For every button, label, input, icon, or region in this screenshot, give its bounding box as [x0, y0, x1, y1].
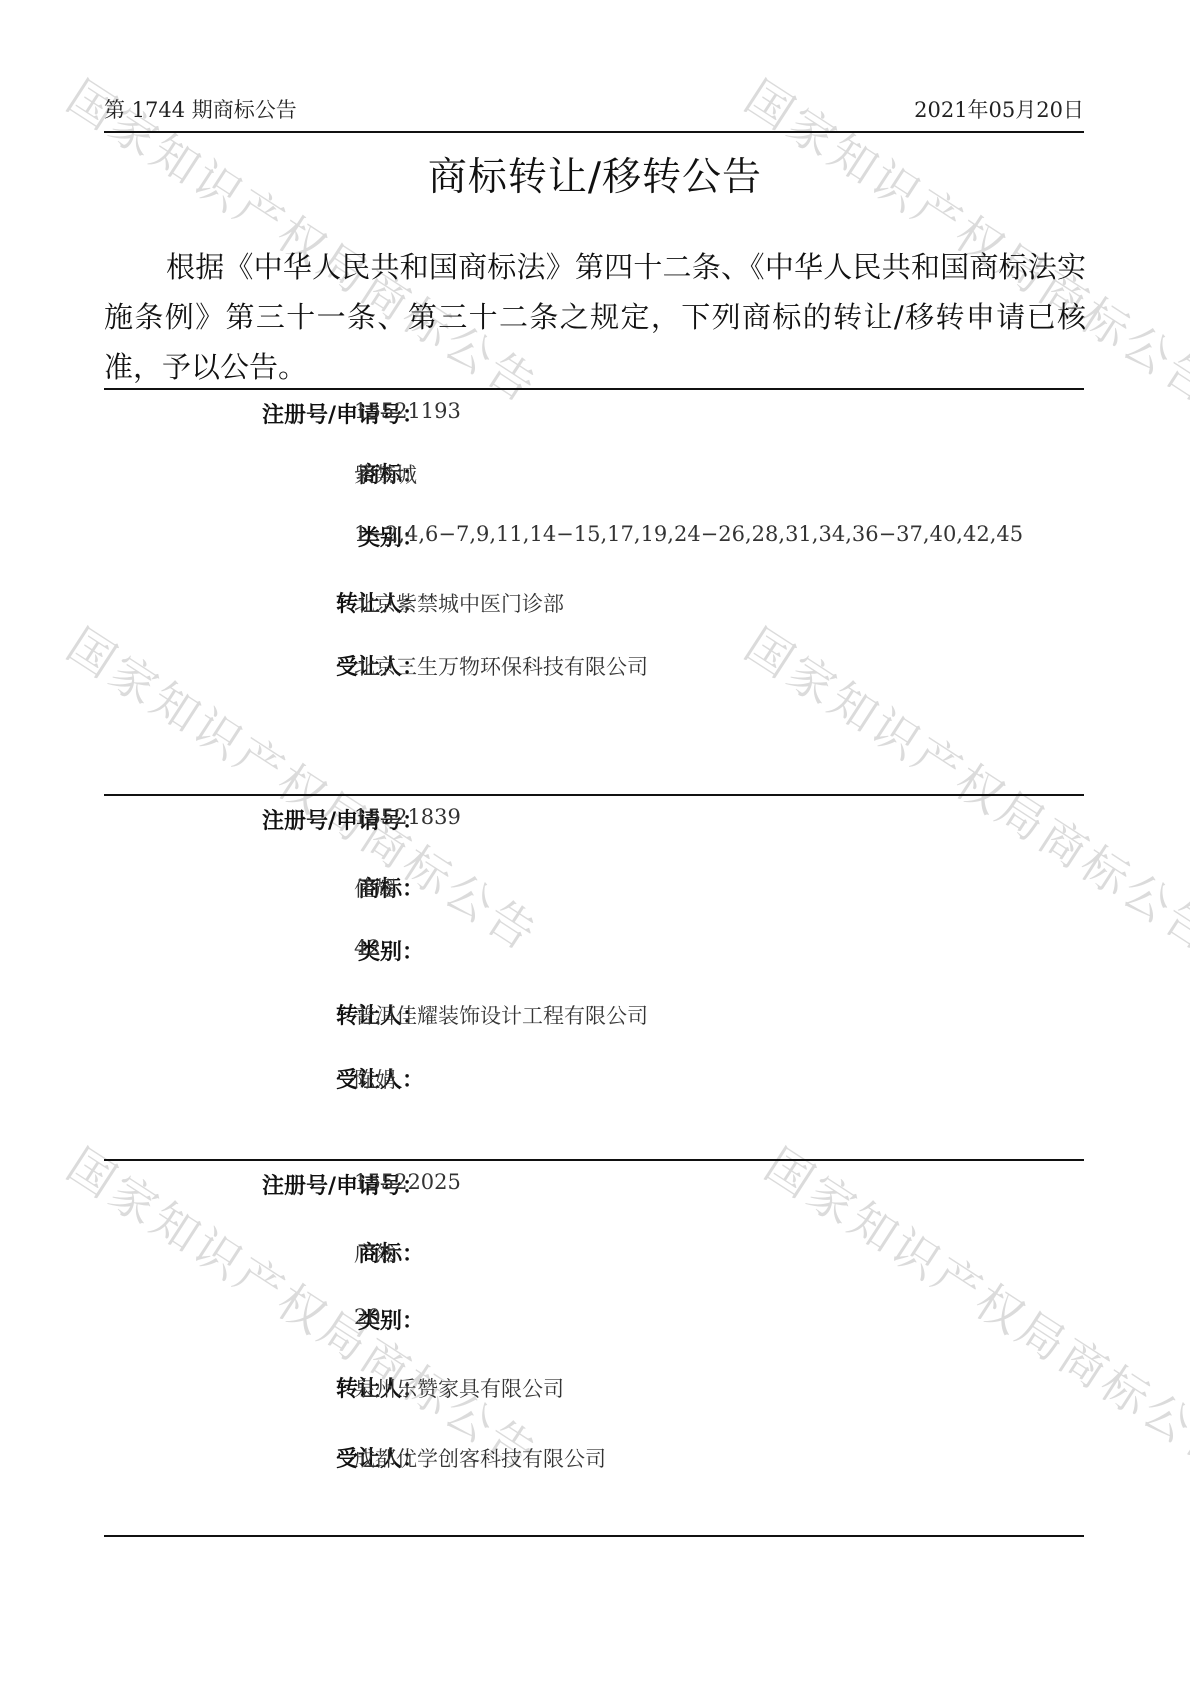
trademark-value: 广然	[354, 1238, 396, 1268]
field-transferee: 受让人： 北京三生万物环保科技有限公司	[104, 650, 1084, 682]
field-trademark: 商标： 佳耀	[104, 872, 1084, 904]
field-trademark: 商标： 广然	[104, 1237, 1084, 1269]
field-transferor: 转让人： 普洱佳耀装饰设计工程有限公司	[104, 999, 1084, 1031]
transferor-value: 北京紫禁城中医门诊部	[354, 588, 564, 618]
field-transferee: 受让人： 陈娟	[104, 1063, 1084, 1095]
transferee-value: 成都优学创客科技有限公司	[354, 1443, 606, 1473]
field-reg-no: 注册号/申请号： 15522025	[104, 1169, 1084, 1201]
page-title: 商标转让/移转公告	[0, 146, 1190, 202]
section-divider	[104, 388, 1084, 390]
section-divider	[104, 1159, 1084, 1161]
reg-no-value: 15521193	[354, 399, 461, 423]
intro-paragraph: 根据《中华人民共和国商标法》第四十二条、《中华人民共和国商标法实施条例》第三十一…	[104, 242, 1086, 392]
field-trademark: 商标： 紫禁城	[104, 458, 1084, 490]
document-page: 国家知识产权局商标公告 国家知识产权局商标公告 国家知识产权局商标公告 国家知识…	[0, 0, 1190, 1698]
field-transferor: 转让人： 泉州乐赞家具有限公司	[104, 1372, 1084, 1404]
classes-value: 42	[354, 936, 381, 960]
field-classes: 类别： 42	[104, 935, 1084, 967]
reg-no-value: 15522025	[354, 1170, 461, 1194]
field-transferee: 受让人： 成都优学创客科技有限公司	[104, 1442, 1084, 1474]
header-divider	[104, 131, 1084, 133]
field-transferor: 转让人： 北京紫禁城中医门诊部	[104, 587, 1084, 619]
trademark-value: 紫禁城	[354, 459, 417, 489]
field-classes: 类别： 1−2,4,6−7,9,11,14−15,17,19,24−26,28,…	[104, 521, 1084, 553]
field-reg-no: 注册号/申请号： 15521193	[104, 398, 1084, 430]
trademark-value: 佳耀	[354, 873, 396, 903]
classes-value: 1−2,4,6−7,9,11,14−15,17,19,24−26,28,31,3…	[354, 522, 1023, 546]
section-divider	[104, 1535, 1084, 1537]
transferee-value: 北京三生万物环保科技有限公司	[354, 651, 648, 681]
field-classes: 类别： 20	[104, 1304, 1084, 1336]
transferor-value: 泉州乐赞家具有限公司	[354, 1373, 564, 1403]
issue-number: 第 1744 期商标公告	[104, 94, 297, 124]
field-reg-no: 注册号/申请号： 15521839	[104, 804, 1084, 836]
transferee-value: 陈娟	[354, 1064, 396, 1094]
page-header: 第 1744 期商标公告 2021年05月20日	[104, 92, 1084, 128]
classes-value: 20	[354, 1305, 381, 1329]
reg-no-value: 15521839	[354, 805, 461, 829]
transferor-value: 普洱佳耀装饰设计工程有限公司	[354, 1000, 648, 1030]
publication-date: 2021年05月20日	[914, 94, 1084, 124]
section-divider	[104, 794, 1084, 796]
